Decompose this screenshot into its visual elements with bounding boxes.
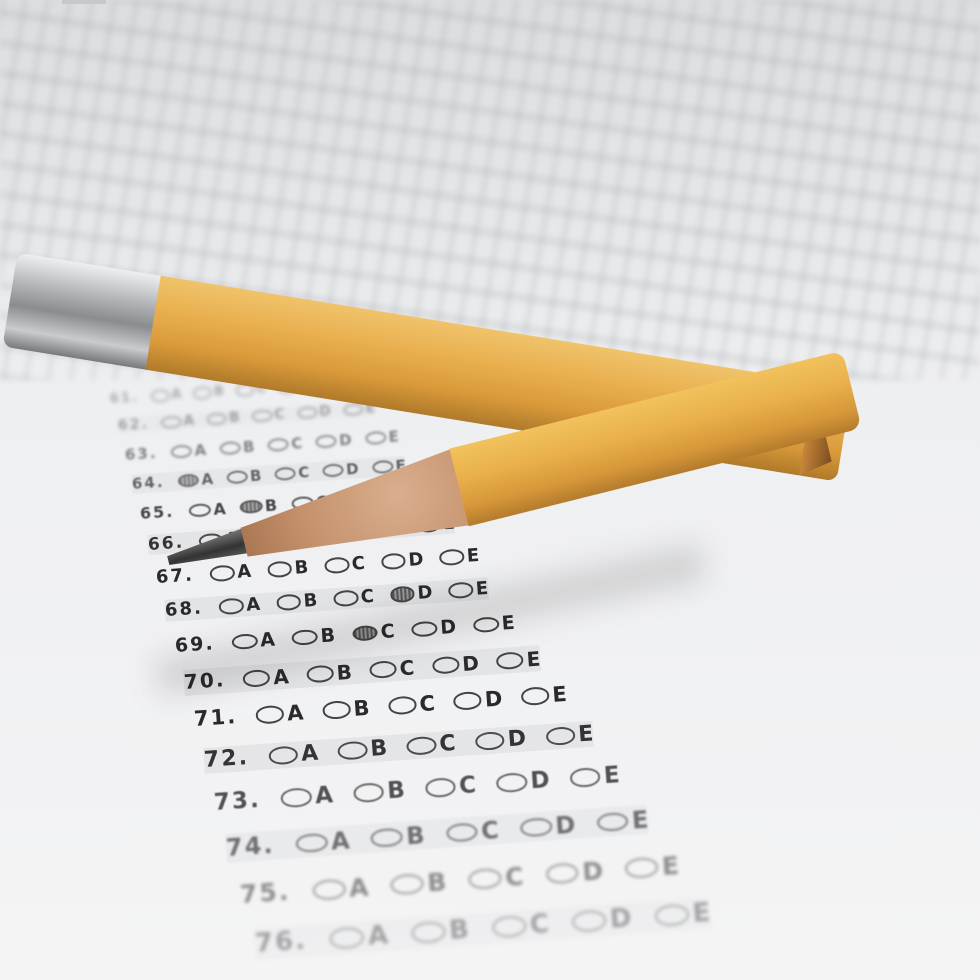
answer-option[interactable]: C (424, 772, 476, 802)
option-letter: C (274, 406, 285, 423)
answer-option[interactable]: C (387, 690, 435, 718)
bubble-icon[interactable] (425, 777, 457, 797)
answer-option[interactable]: C (267, 434, 303, 455)
bubble-icon[interactable] (390, 873, 424, 895)
bubble-icon[interactable] (570, 767, 602, 787)
bubble-icon[interactable] (206, 412, 227, 426)
option-letter: C (419, 691, 436, 716)
option-letter: A (314, 782, 334, 809)
option-letter: E (526, 647, 541, 672)
bubble-icon[interactable] (171, 444, 193, 459)
option-letter: A (367, 920, 389, 951)
bubble-icon[interactable] (520, 817, 553, 838)
bubble-icon[interactable] (297, 406, 318, 420)
option-letter: A (171, 387, 182, 403)
option-letter: E (466, 545, 480, 567)
bubble-icon[interactable] (654, 904, 689, 926)
option-letter: E (388, 427, 399, 446)
option-letter: B (228, 410, 240, 427)
question-number: 63. (124, 444, 158, 464)
answer-option[interactable]: E (654, 897, 712, 931)
option-letter: A (183, 413, 195, 430)
bubble-icon[interactable] (226, 470, 248, 485)
option-letter: B (370, 736, 388, 762)
option-letter: A (348, 873, 369, 903)
answer-option[interactable]: C (445, 815, 500, 848)
answer-option[interactable]: D (297, 403, 332, 421)
option-letter: A (300, 741, 319, 767)
bubble-icon[interactable] (281, 788, 313, 808)
answer-option[interactable]: B (321, 695, 370, 723)
option-letter: A (286, 700, 304, 725)
bubble-icon[interactable] (219, 441, 241, 456)
option-letter: A (201, 470, 214, 489)
answer-option[interactable]: D (545, 855, 604, 889)
option-letter: B (336, 660, 353, 685)
answer-option[interactable]: E (520, 681, 567, 709)
option-letter: D (554, 811, 576, 840)
answer-option[interactable]: A (177, 469, 213, 490)
answer-option[interactable]: B (206, 410, 240, 428)
answer-option[interactable]: E (439, 544, 480, 568)
bubble-icon[interactable] (596, 811, 629, 832)
answer-option[interactable]: A (329, 920, 389, 954)
bubble-icon[interactable] (381, 553, 407, 570)
option-letter: D (484, 686, 503, 711)
answer-option[interactable]: D (431, 649, 479, 678)
option-letter: D (581, 856, 604, 886)
answer-option[interactable]: A (312, 871, 370, 905)
option-letter: C (529, 909, 550, 940)
question-number: 74. (225, 831, 275, 862)
option-letter: D (507, 726, 527, 752)
bubble-icon[interactable] (150, 389, 170, 402)
answer-option[interactable]: C (468, 860, 525, 894)
question-number: 71. (193, 704, 238, 731)
bubble-icon[interactable] (545, 863, 579, 885)
answer-option[interactable]: E (496, 645, 541, 673)
bubble-icon[interactable] (406, 736, 436, 756)
answer-option[interactable]: D (453, 685, 503, 713)
answer-option[interactable]: A (170, 440, 206, 461)
answer-option[interactable]: A (218, 593, 261, 617)
answer-option[interactable]: C (252, 406, 286, 424)
answer-option[interactable]: B (193, 384, 225, 401)
option-letter: D (461, 651, 479, 676)
question-number: 76. (254, 925, 308, 959)
bubble-icon[interactable] (276, 594, 302, 611)
bubble-icon[interactable] (468, 868, 502, 890)
option-letter: B (213, 384, 224, 400)
option-letter: E (631, 806, 649, 835)
answer-option[interactable]: A (295, 825, 351, 858)
bubble-icon[interactable] (312, 879, 346, 901)
bubble-icon[interactable] (322, 701, 351, 720)
option-letter: D (339, 431, 353, 450)
bubble-icon[interactable] (625, 857, 659, 879)
answer-option[interactable]: B (219, 437, 255, 458)
question-number: 75. (239, 877, 291, 909)
bubble-icon[interactable] (496, 652, 524, 670)
option-letter: B (426, 867, 447, 897)
answer-option[interactable]: C (406, 730, 456, 759)
answer-option[interactable]: B (226, 466, 262, 487)
bubble-icon[interactable] (521, 687, 550, 706)
bubble-icon[interactable] (369, 660, 397, 678)
option-letter: C (291, 434, 303, 453)
bubble-icon[interactable] (333, 590, 359, 607)
bubble-icon[interactable] (365, 431, 387, 446)
answer-option[interactable]: E (545, 721, 594, 750)
question-number: 64. (131, 473, 165, 493)
option-letter: D (530, 767, 551, 794)
bubble-icon[interactable] (274, 466, 296, 481)
question-number: 72. (203, 745, 250, 773)
option-letter: A (246, 594, 261, 616)
answer-option[interactable]: B (410, 914, 470, 948)
answer-option[interactable]: D (380, 548, 424, 572)
answer-option[interactable]: A (280, 782, 333, 812)
bubble-icon[interactable] (178, 473, 200, 488)
bubble-icon[interactable] (390, 586, 416, 603)
pencil-lead (165, 528, 251, 573)
bubble-icon[interactable] (255, 705, 284, 724)
bubble-icon[interactable] (545, 726, 575, 746)
answer-row: 76.ABCDE (254, 897, 711, 959)
answer-option[interactable]: D (315, 430, 352, 451)
option-letter: B (353, 696, 371, 721)
answer-row: 74.ABCDE (225, 805, 649, 863)
bubble-icon[interactable] (370, 827, 403, 848)
answer-row: 75.ABCDE (239, 849, 680, 910)
bubble-icon[interactable] (491, 916, 526, 938)
bubble-icon[interactable] (353, 783, 385, 803)
answer-option[interactable]: E (364, 427, 399, 448)
option-letter: E (577, 721, 594, 747)
option-letter: D (319, 403, 332, 420)
option-letter: E (552, 682, 568, 707)
answer-option[interactable]: B (390, 866, 448, 900)
option-letter: B (448, 915, 470, 946)
option-letter: D (408, 549, 424, 571)
option-letter: B (386, 777, 405, 804)
answer-option[interactable]: B (353, 777, 406, 807)
option-letter: B (242, 437, 255, 456)
answer-option[interactable]: C (369, 654, 415, 683)
answer-option[interactable]: E (569, 762, 620, 792)
answer-option[interactable]: E (596, 805, 649, 838)
option-letter: C (399, 655, 415, 680)
bubble-icon[interactable] (411, 921, 446, 943)
bubble-icon[interactable] (432, 656, 460, 674)
answer-option[interactable]: B (276, 589, 319, 613)
bubble-icon[interactable] (295, 832, 328, 853)
answer-option[interactable]: A (161, 413, 195, 431)
question-number: 73. (213, 787, 261, 816)
bubble-icon[interactable] (337, 741, 367, 761)
option-letter: A (330, 826, 350, 855)
option-letter: E (691, 898, 711, 929)
answer-option[interactable]: B (337, 735, 388, 764)
bubble-icon[interactable] (252, 409, 273, 423)
bubble-icon[interactable] (218, 598, 244, 615)
option-letter: B (303, 590, 318, 612)
answer-row: 62.ABCDE (117, 400, 375, 434)
option-letter: C (360, 586, 375, 608)
answer-option[interactable]: C (274, 463, 310, 484)
answer-option[interactable]: B (370, 820, 425, 853)
option-letter: C (439, 731, 457, 757)
bubble-icon[interactable] (572, 910, 607, 932)
bubble-icon[interactable] (315, 434, 337, 449)
bubble-icon[interactable] (388, 696, 417, 715)
option-letter: B (405, 821, 425, 850)
answer-row: 73.ABCDE (213, 762, 620, 817)
bubble-icon[interactable] (343, 403, 364, 417)
answer-option[interactable]: D (496, 767, 551, 797)
option-letter: E (661, 851, 680, 881)
option-letter: C (298, 463, 310, 482)
bubble-icon[interactable] (306, 665, 334, 683)
bubble-icon[interactable] (439, 549, 465, 566)
photo-scene: 61.ABCDE62.ABCDE63.ABCDE64.ABCDE65.ABCDE… (0, 0, 980, 980)
answer-option[interactable]: A (150, 387, 182, 404)
option-letter: E (603, 762, 620, 789)
bubble-icon[interactable] (193, 386, 213, 399)
answer-option[interactable]: D (571, 903, 632, 938)
answer-option[interactable]: C (491, 908, 550, 942)
question-number: 68. (164, 597, 203, 621)
answer-option[interactable]: D (474, 726, 527, 755)
question-number: 61. (109, 390, 139, 407)
bubble-icon[interactable] (445, 822, 478, 843)
bubble-icon[interactable] (161, 415, 182, 429)
bubble-icon[interactable] (330, 927, 365, 949)
bubble-icon[interactable] (475, 731, 505, 751)
answer-option[interactable]: A (255, 699, 304, 727)
bubble-icon[interactable] (268, 746, 298, 766)
option-letter: C (351, 553, 366, 575)
bubble-icon[interactable] (267, 437, 289, 452)
answer-option[interactable]: D (519, 810, 576, 843)
answer-row: 72.ABCDE (203, 721, 594, 774)
option-letter: A (194, 441, 207, 460)
option-letter: B (249, 466, 262, 485)
answer-option[interactable]: A (268, 740, 319, 769)
option-letter: C (504, 862, 524, 892)
option-letter: C (480, 816, 500, 845)
option-letter: C (458, 772, 477, 799)
bubble-icon[interactable] (453, 691, 482, 710)
question-number: 62. (117, 416, 149, 434)
answer-option[interactable]: E (624, 849, 680, 883)
option-letter: D (609, 903, 633, 934)
answer-option[interactable]: C (333, 585, 375, 609)
bubble-icon[interactable] (496, 773, 528, 793)
